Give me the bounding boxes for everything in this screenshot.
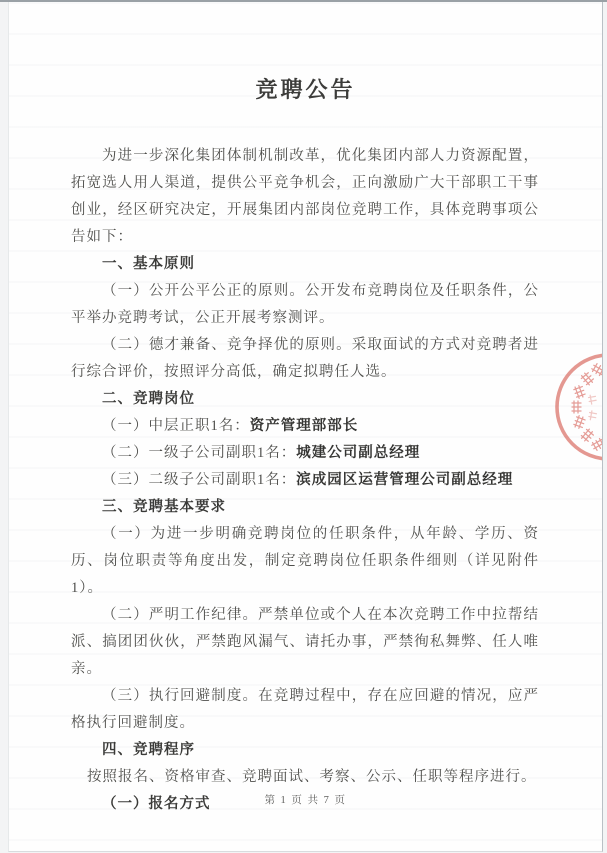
position-2-title: 城建公司副总经理 — [296, 445, 420, 461]
requirement-item-3: （三）执行回避制度。在竞聘过程中，存在应回避的情况，应严格执行回避制度。 — [71, 683, 539, 737]
section-2-heading: 二、竞聘岗位 — [71, 386, 539, 413]
position-3-label: （三）二级子公司副职1名： — [102, 472, 296, 488]
document-page: 竞聘公告 为进一步深化集团体制机制改革，优化集团内部人力资源配置，拓宽选人用人渠… — [8, 2, 603, 852]
position-item-3: （三）二级子公司副职1名：滨成园区运营管理公司副总经理 — [71, 467, 539, 494]
procedure-paragraph: 按照报名、资格审查、竞聘面试、考察、公示、任职等程序进行。 — [71, 764, 539, 791]
section-1-heading: 一、基本原则 — [71, 251, 539, 278]
section-3-heading: 三、竞聘基本要求 — [71, 494, 539, 521]
document-body: 为进一步深化集团体制机制改革，优化集团内部人力资源配置，拓宽选人用人渠道，提供公… — [9, 143, 602, 818]
seal-glyphs — [572, 363, 603, 452]
page-title: 竞聘公告 — [9, 77, 602, 103]
position-item-1: （一）中层正职1名：资产管理部部长 — [71, 413, 539, 440]
requirement-item-2: （二）严明工作纪律。严禁单位或个人在本次竞聘工作中拉帮结派、搞团团伙伙，严禁跑风… — [71, 602, 539, 683]
position-3-title: 滨成园区运营管理公司副总经理 — [296, 472, 513, 488]
page-number: 第 1 页 共 7 页 — [9, 792, 602, 807]
principle-item-1: （一）公开公平公正的原则。公开发布竞聘岗位及任职条件，公平举办竞聘考试，公正开展… — [71, 278, 539, 332]
position-2-label: （二）一级子公司副职1名： — [102, 445, 296, 461]
section-4-heading: 四、竞聘程序 — [71, 737, 539, 764]
position-1-label: （一）中层正职1名： — [102, 418, 250, 434]
requirement-item-1: （一）为进一步明确竞聘岗位的任职条件，从年龄、学历、资历、岗位职责等角度出发，制… — [71, 521, 539, 602]
intro-paragraph: 为进一步深化集团体制机制改革，优化集团内部人力资源配置，拓宽选人用人渠道，提供公… — [71, 143, 539, 251]
principle-item-2: （二）德才兼备、竞争择优的原则。采取面试的方式对竞聘者进行综合评价，按照评分高低… — [71, 332, 539, 386]
position-item-2: （二）一级子公司副职1名：城建公司副总经理 — [71, 440, 539, 467]
position-1-title: 资产管理部部长 — [250, 418, 359, 434]
red-seal-stamp — [552, 350, 603, 464]
